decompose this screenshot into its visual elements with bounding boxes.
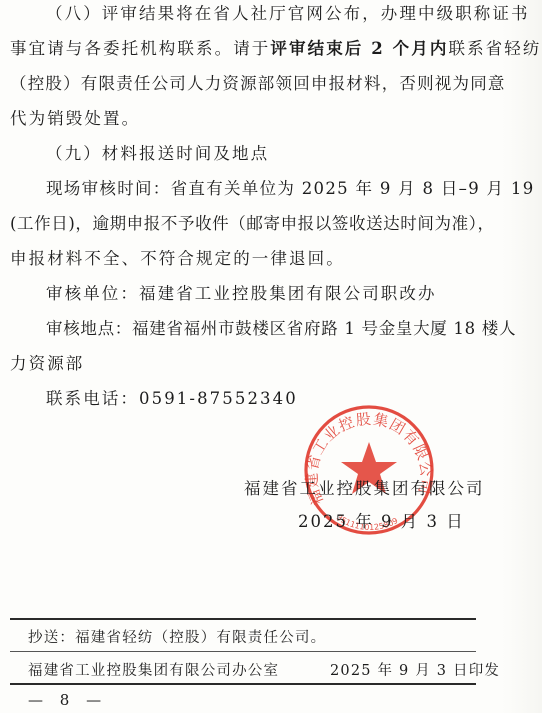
para8-deadline-emphasis: 评审结束后 2 个月内 [270,39,448,58]
para8-line3: （控股）有限责任公司人力资源部领回申报材料，否则视为同意 [10,73,478,95]
para9-line3: 申报材料不全、不符合规定的一律退回。 [10,248,478,270]
para9-line2: (工作日)，逾期申报不予收件（邮寄申报以签收送达时间为准）， [10,213,478,235]
para9-heading: （九）材料报送时间及地点 [46,143,514,165]
signature-org: 福建省工业控股集团有限公司 [244,475,485,499]
signature-date: 2025 年 9 月 3 日 [298,508,465,532]
para9-review-time: 现场审核时间：省直有关单位为 2025 年 9 月 8 日–9 月 19 日 [46,178,514,200]
para8-line2: 事宜请与各委托机构联系。请于评审结束后 2 个月内联系省轻纺 [10,38,478,60]
contact-phone: 联系电话：0591-87552340 [46,388,514,410]
footer-middle-rule [10,651,476,652]
footer-top-rule [10,618,476,620]
para8-line2-c: 联系省轻纺 [448,39,541,58]
review-place-line1: 审核地点：福建省福州市鼓楼区省府路 1 号金皇大厦 18 楼人 [46,318,514,340]
issue-date: 2025 年 9 月 3 日印发 [330,659,500,680]
page-number: — 8 — [28,691,107,709]
page-edge-shadow [502,0,542,713]
review-unit: 审核单位：福建省工业控股集团有限公司职改办 [46,283,514,305]
issuer: 福建省工业控股集团有限公司办公室 [28,659,279,680]
para8-line4: 代为销毁处置。 [10,108,478,130]
cc-line: 抄送：福建省轻纺（控股）有限责任公司。 [28,626,326,647]
footer-bottom-rule [10,683,476,685]
para8-line1: （八）评审结果将在省人社厅官网公布，办理中级职称证书 [46,3,478,25]
para8-line2-a: 事宜请与各委托机构联系。请于 [10,39,270,58]
review-place-line2: 力资源部 [10,353,478,375]
